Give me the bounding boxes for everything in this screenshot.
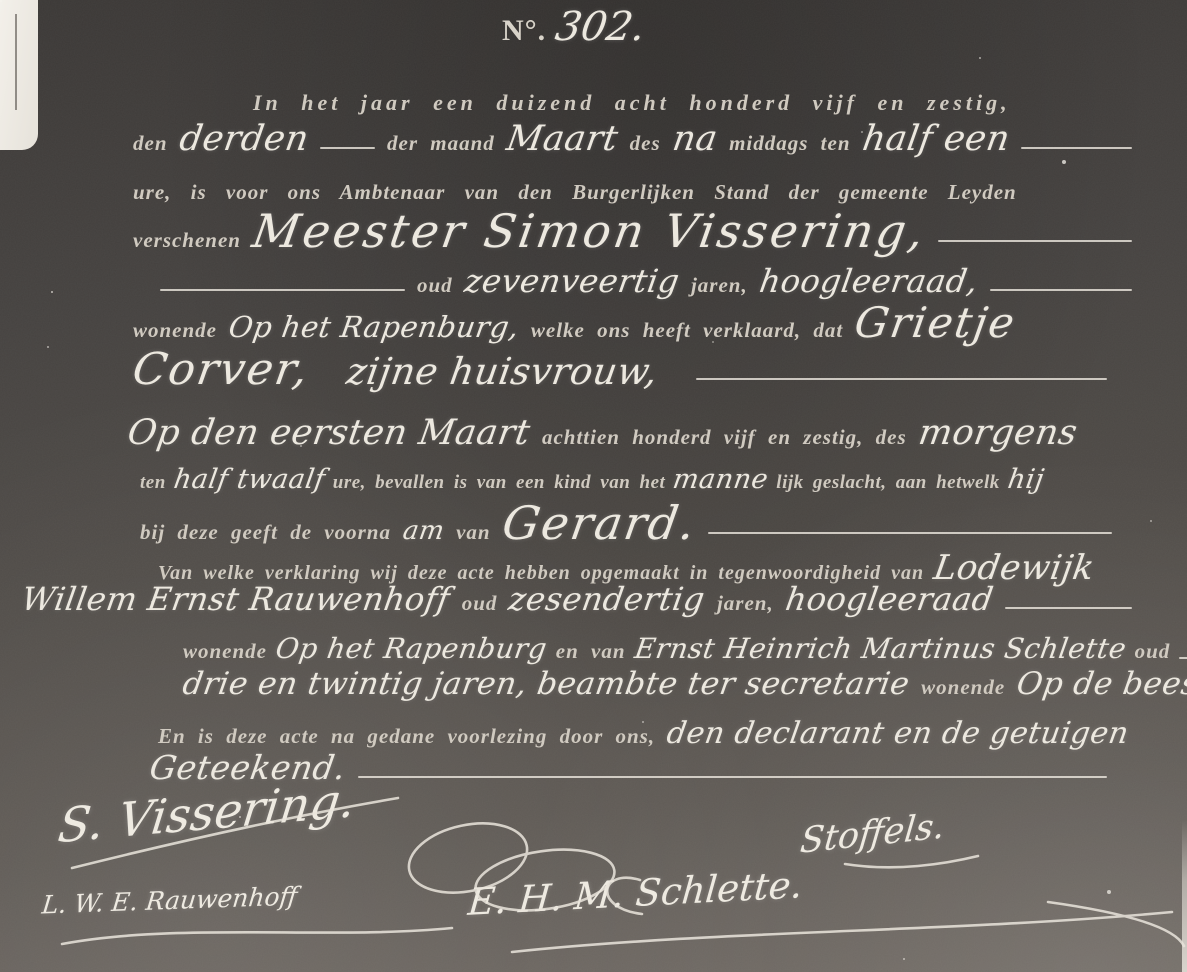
signature-vissering: S. Vissering. [55,773,358,855]
rule-line [358,776,1107,778]
printed-text: lijk geslacht, aan hetwelk [776,472,999,495]
document-line-date: denderdender maandMaartdesnamiddags tenh… [133,118,1132,160]
handwritten-text: Maart [503,118,621,160]
printed-text: bij deze geeft de voorna [140,520,391,545]
handwritten-text: hij [1005,464,1046,496]
document-line-mother: Corver,zijne huisvrouw, [133,344,1107,397]
printed-text: wonende [921,675,1005,700]
photo-edge-highlight [1182,820,1187,972]
document-line-year: In het jaar een duizend acht honderd vij… [253,90,1011,116]
printed-text: oud [1135,639,1171,664]
document-line-witness2a: wonendeOp het Rapenburgen vanErnst Heinr… [183,632,1132,666]
act-number-prefix: N°. [502,14,546,48]
printed-text: en van [556,639,626,664]
handwritten-text: den declarant en de getuigen [664,716,1131,752]
handwritten-text: morgens [915,412,1080,454]
printed-text: ten [140,472,166,495]
printed-text: achttien honderd vijf en zestig, des [542,425,907,450]
printed-text: oud [417,273,453,298]
printed-text: wonende [133,318,217,343]
document-line-closing: En is deze acte na gedane voorlezing doo… [158,716,1147,752]
document-line-birthtime: tenhalf twaalfure, bevallen is van een k… [140,464,1149,496]
signature-stoffels: Stoffels. [798,806,946,862]
document-line-official: ure, is voor ons Ambtenaar van den Burge… [133,180,1017,205]
handwritten-text: hoogleeraad, [757,262,981,300]
printed-text: den [133,131,168,156]
handwritten-text: hoogleeraad [783,580,996,618]
printed-text: der maand [387,131,495,156]
printed-text: En is deze acte na gedane voorlezing doo… [158,724,655,749]
handwritten-text: Op den eersten Maart [125,412,534,454]
act-number-value: 302. [552,4,649,50]
rule-line [708,532,1112,534]
paper-corner-crease [15,14,17,110]
dust-specks [0,0,2,2]
document-line-age1: oudzevenveertigjaren,hoogleeraad, [160,262,1132,300]
rule-line [1021,147,1132,149]
act-number: N°. 302. [502,4,645,50]
handwritten-text: zevenveertig [462,262,682,300]
printed-text: jaren, [691,273,748,298]
handwritten-text: Op de beestenmarkt [1014,666,1187,703]
handwritten-text: drie en twintig jaren, beambte ter secre… [180,666,912,703]
signature-rauwenhoff: L. W. E. Rauwenhoff [41,881,299,919]
printed-text: jaren, [717,591,774,616]
handwritten-text: zijne huisvrouw, [344,350,662,394]
printed-text: ure, bevallen is van een kind van het [333,472,666,495]
document-line-name: bij deze geeft de voornaamvanGerard. [140,496,1112,551]
rule-line [1005,607,1132,609]
handwritten-text: Meester Simon Vissering, [249,204,931,259]
handwritten-text: Op het Rapenburg, [226,310,521,345]
printed-text: welke ons heeft verklaard, dat [531,318,843,343]
handwritten-text: manne [671,464,771,496]
printed-text: middags ten [729,131,850,156]
handwritten-text: Corver, [129,344,314,397]
document-line-appeared: verschenenMeester Simon Vissering, [133,204,1132,259]
document-line-birthdate: Op den eersten Maartachttien honderd vij… [128,412,1077,454]
printed-text: wonende [183,639,267,664]
paper-corner [0,0,38,150]
handwritten-text: Op het Rapenburg [273,632,549,666]
handwritten-text: Grietje [851,298,1020,348]
handwritten-text: half een [859,118,1012,160]
signature-schlette: E. H. M. Schlette. [466,863,804,924]
handwritten-text: am [400,516,446,547]
handwritten-text: half twaalf [171,464,327,496]
document-line-residence1: wonendeOp het Rapenburg,welke ons heeft … [133,298,1127,348]
document-line-witness1: Willem Ernst Rauwenhoffoudzesendertigjar… [22,580,1132,618]
birth-record-photo: N°. 302. In het jaar een duizend acht ho… [0,0,1187,972]
handwritten-text: na [669,118,720,160]
printed-text: van [456,520,491,545]
handwritten-text: Gerard. [498,496,700,551]
document-line-witness2b: drie en twintig jaren, beambte ter secre… [183,666,1137,703]
handwritten-text: zesendertig [506,580,708,618]
handwritten-text: derden [176,118,311,160]
rule-line [696,378,1107,380]
dash-line [1179,657,1187,659]
printed-text: verschenen [133,228,241,253]
dash-line [320,147,375,149]
rule-line [990,289,1132,291]
handwritten-text: Willem Ernst Rauwenhoff [19,580,453,618]
printed-text: oud [462,591,498,616]
rule-line [938,240,1132,242]
printed-text: ure, is voor ons Ambtenaar van den Burge… [133,180,1017,205]
printed-text: In het jaar een duizend acht honderd vij… [253,90,1011,116]
printed-text: des [630,131,661,156]
dash-line [160,289,405,291]
handwritten-text: Ernst Heinrich Martinus Schlette [632,632,1128,666]
